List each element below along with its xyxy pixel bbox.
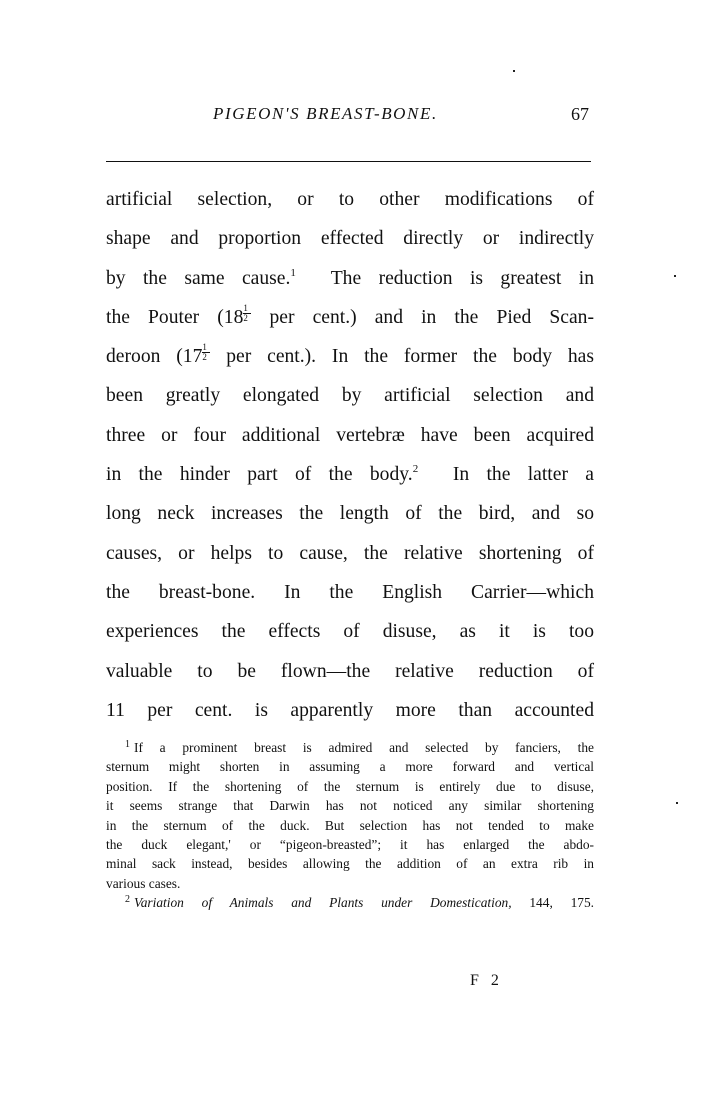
footnote-2: 2Variation of Animals and Plants under D… <box>106 893 594 912</box>
footnote-reference-2[interactable]: 2 <box>413 463 419 475</box>
text-line: causes, or helps to cause, the relative … <box>106 534 594 573</box>
footnote-line: 2Variation of Animals and Plants under D… <box>106 893 594 912</box>
text-line: three or four additional vertebræ have b… <box>106 416 594 455</box>
footnote-marker: 1 <box>125 739 130 750</box>
running-title: PIGEON'S BREAST-BONE. <box>213 104 438 124</box>
scan-speck <box>676 802 678 804</box>
text-segment: The reduction is greatest in <box>331 268 594 289</box>
footnote-line: sternum might shorten in assuming a more… <box>106 757 594 776</box>
text-line: been greatly elongated by artificial sel… <box>106 376 594 415</box>
text-segment: in the hinder part of the body. <box>106 464 413 485</box>
text-segment: In the latter a <box>453 464 594 485</box>
footnote-line: position. If the shortening of the stern… <box>106 777 594 796</box>
footnote-line: in the sternum of the duck. But selectio… <box>106 816 594 835</box>
text-line: long neck increases the length of the bi… <box>106 494 594 533</box>
footnote-marker: 2 <box>125 894 130 905</box>
text-line: deroon (1712 per cent.). In the former t… <box>106 337 594 376</box>
signature-mark: F 2 <box>470 972 503 990</box>
text-segment: by the same cause. <box>106 268 290 289</box>
text-line: by the same cause.1 The reduction is gre… <box>106 259 594 298</box>
text-line: 11 per cent. is apparently more than acc… <box>106 691 594 730</box>
footnote-reference-1[interactable]: 1 <box>290 267 296 279</box>
book-page: PIGEON'S BREAST-BONE. 67 artificial sele… <box>0 0 727 1112</box>
text-segment: the Pouter (18 <box>106 307 243 328</box>
scan-speck <box>674 275 676 277</box>
footnote-1: 1If a prominent breast is admired and se… <box>106 738 594 893</box>
cited-work-title: Variation of Animals and Plants under Do… <box>134 895 512 910</box>
text-line: experiences the effects of disuse, as it… <box>106 612 594 651</box>
footnote-line: it seems strange that Darwin has not not… <box>106 796 594 815</box>
body-text: artificial selection, or to other modifi… <box>106 180 594 730</box>
text-line: shape and proportion effected directly o… <box>106 219 594 258</box>
footnotes: 1If a prominent breast is admired and se… <box>106 738 594 913</box>
text-segment: per cent.) and in the Pied Scan- <box>269 307 594 328</box>
fraction-half: 12 <box>202 343 210 362</box>
scan-speck <box>513 70 515 72</box>
text-segment: per cent.). In the former the body has <box>226 346 594 367</box>
text-line: the breast-bone. In the English Carrier—… <box>106 573 594 612</box>
text-line: the Pouter (1812 per cent.) and in the P… <box>106 298 594 337</box>
header-rule <box>106 161 591 162</box>
text-line: in the hinder part of the body.2 In the … <box>106 455 594 494</box>
page-number: 67 <box>571 104 589 125</box>
footnote-line: 1If a prominent breast is admired and se… <box>106 738 594 757</box>
fraction-half: 12 <box>243 304 251 323</box>
footnote-line: minal sack instead, besides allowing the… <box>106 854 594 873</box>
running-header: PIGEON'S BREAST-BONE. 67 <box>106 104 591 134</box>
text-line: artificial selection, or to other modifi… <box>106 180 594 219</box>
text-line: valuable to be flown—the relative reduct… <box>106 652 594 691</box>
footnote-line: the duck elegant,' or “pigeon-breasted”;… <box>106 835 594 854</box>
cited-pages: 144, 175. <box>529 895 594 910</box>
text-segment: deroon (17 <box>106 346 202 367</box>
footnote-line: various cases. <box>106 874 594 893</box>
